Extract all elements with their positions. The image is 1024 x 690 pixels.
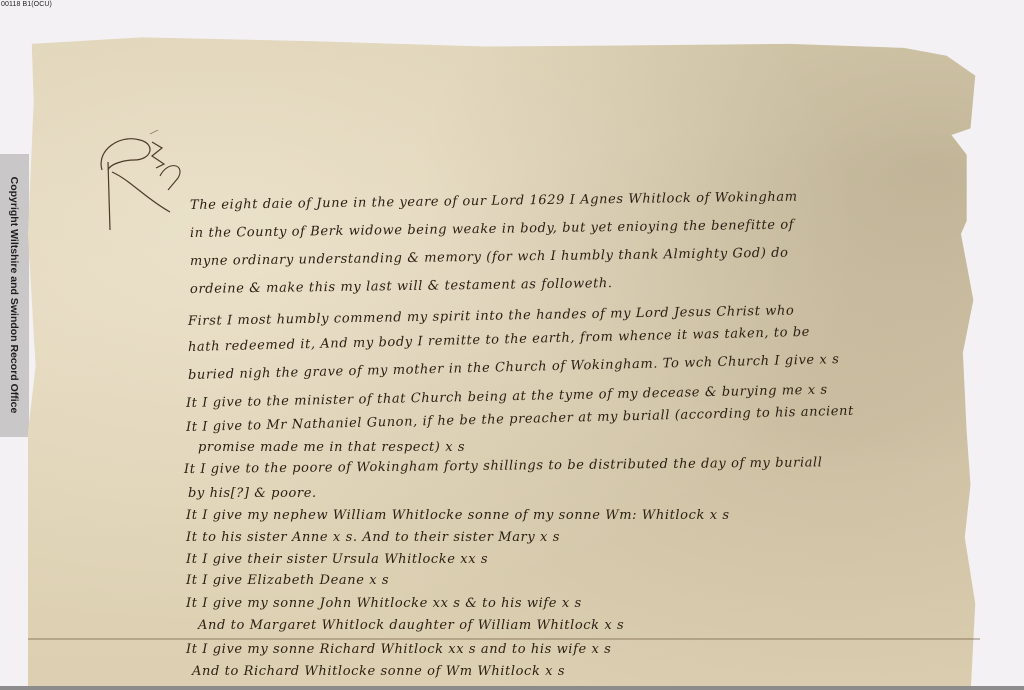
manuscript-line: by his[?] & poore. <box>188 486 317 501</box>
manuscript-line: ordeine & make this my last will & testa… <box>190 276 613 297</box>
manuscript-line: It I give to the poore of Wokingham fort… <box>184 455 823 477</box>
manuscript-line: The eight daie of June in the yeare of o… <box>190 190 798 213</box>
manuscript-line: It I give my sonne Richard Whitlock xx s… <box>186 642 611 657</box>
manuscript-line: promise made me in that respect) x s <box>198 440 465 455</box>
manuscript-line: myne ordinary understanding & memory (fo… <box>190 246 789 269</box>
manuscript-line: First I most humbly commend my spirit in… <box>188 303 795 329</box>
manuscript-line: It I give my nephew William Whitlocke so… <box>186 508 730 523</box>
manuscript-line: It I give Elizabeth Deane x s <box>186 573 389 588</box>
manuscript-line: in the County of Berk widowe being weake… <box>190 218 794 241</box>
manuscript-line: And to Richard Whitlocke sonne of Wm Whi… <box>192 664 565 679</box>
manuscript-line: It to his sister Anne x s. And to their … <box>186 530 560 545</box>
bottom-edge <box>0 686 1024 690</box>
manuscript-line: hath redeemed it, And my body I remitte … <box>188 325 810 355</box>
manuscript-line: And to Margaret Whitlock daughter of Wil… <box>198 618 624 633</box>
manuscript-line: It I give their sister Ursula Whitlocke … <box>186 552 488 567</box>
manuscript-line: It I give my sonne John Whitlocke xx s &… <box>186 596 582 611</box>
manuscript-line: buried nigh the grave of my mother in th… <box>188 352 840 383</box>
manuscript-body: The eight daie of June in the yeare of o… <box>0 0 1024 690</box>
